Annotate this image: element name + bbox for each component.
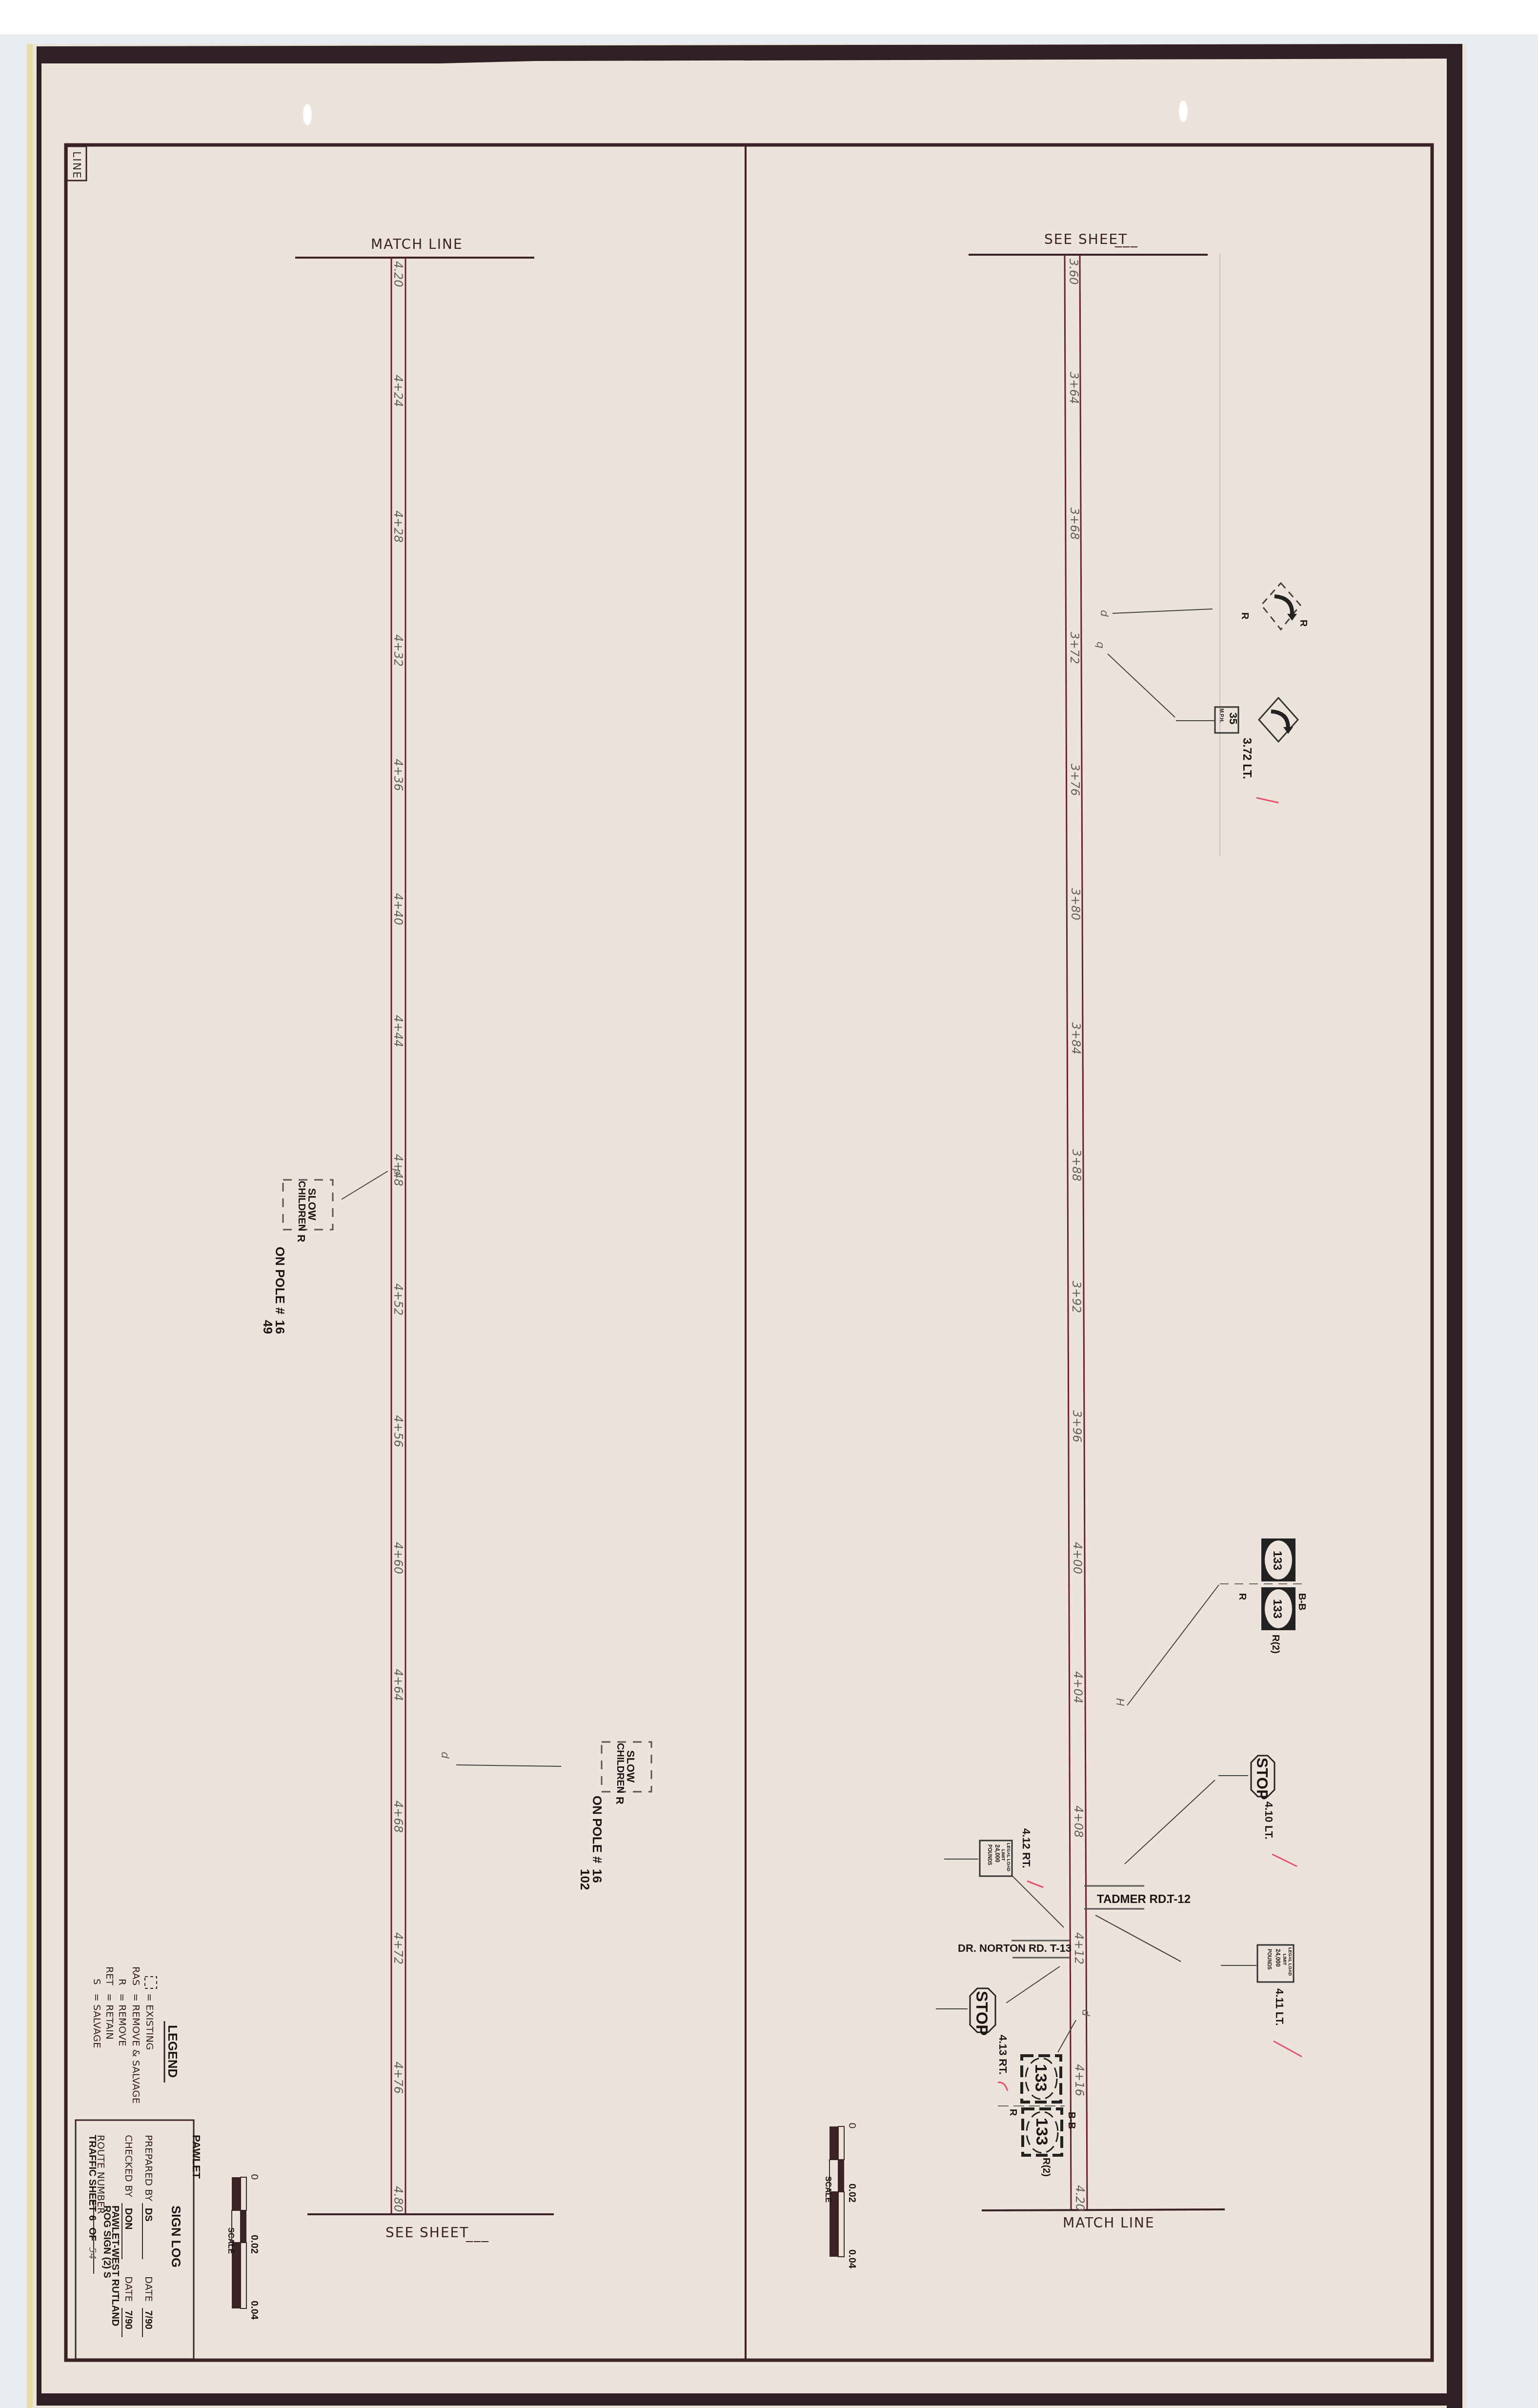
sign-legend: SLOW xyxy=(306,1188,318,1220)
sign-code: R xyxy=(1237,1593,1248,1600)
station-label: 3+96 xyxy=(1070,1410,1084,1442)
sign-code: R(2) xyxy=(1270,1635,1281,1654)
town-name: PAWLET xyxy=(190,2135,202,2179)
svg-text:d: d xyxy=(439,1752,451,1759)
station-label: 4+36 xyxy=(391,759,405,791)
sign-location: 4.13 RT. xyxy=(997,2035,1009,2075)
punch-hole xyxy=(303,104,312,125)
sign-log-sheet: LINE MATCH LINE SEE SHEET ___ 4.20 4+24 … xyxy=(0,0,1538,2408)
svg-text:p: p xyxy=(391,1168,404,1175)
station-label: 4+68 xyxy=(391,1801,405,1833)
traffic-sheet-number: 6 xyxy=(87,2215,98,2221)
right-scan-edge xyxy=(1447,44,1462,2408)
prepared-by-value: DS xyxy=(143,2208,154,2222)
pole-note: ON POLE # xyxy=(590,1796,605,1863)
stop-text: STOP xyxy=(972,1991,991,2036)
station-label: 4+40 xyxy=(391,893,405,925)
left-match-line-label: MATCH LINE xyxy=(371,236,463,252)
sign-code: R(2) xyxy=(1041,2158,1052,2177)
sign-legend: SLOW xyxy=(625,1750,637,1782)
road-name: DR. NORTON RD. xyxy=(958,1942,1047,1954)
corner-tab-label: LINE xyxy=(70,151,82,179)
bottom-scan-edge xyxy=(37,2393,1461,2406)
legend-item: = REMOVE & SALVAGE xyxy=(130,1993,142,2104)
sign-legend: CHILDREN xyxy=(296,1181,307,1231)
sign-code: R xyxy=(1239,612,1250,620)
station-label: 4+00 xyxy=(1071,1542,1084,1574)
load-line: POUNDS xyxy=(1266,1949,1272,1970)
left-see-sheet-blank: ___ xyxy=(465,2226,489,2242)
load-line: 24,000 xyxy=(994,1844,1001,1862)
route-number: 133 xyxy=(1032,2118,1051,2145)
legend-key: R xyxy=(117,1979,128,1985)
station-label: 3+84 xyxy=(1069,1022,1083,1054)
traffic-sheet-of: OF xyxy=(87,2227,98,2241)
station-label: 4+72 xyxy=(391,1932,405,1964)
legend-item: = RETAIN xyxy=(104,1993,116,2040)
pole-note: ON POLE # xyxy=(273,1247,287,1315)
scale-tick: 0 xyxy=(847,2123,858,2129)
station-label: 4+60 xyxy=(391,1542,405,1574)
traffic-sheet-label: TRAFFIC SHEET xyxy=(87,2135,98,2212)
speed-unit: M.P.H. xyxy=(1218,708,1224,723)
svg-text:H: H xyxy=(1113,1698,1126,1706)
prepared-date-label: DATE xyxy=(143,2276,155,2302)
checked-date-label: DATE xyxy=(123,2276,135,2302)
sign-location: 4.11 LT. xyxy=(1274,1988,1286,2026)
pole-number: 49 xyxy=(261,1320,275,1334)
station-label: 4+12 xyxy=(1072,1932,1086,1964)
punch-hole xyxy=(1179,101,1188,122)
load-line: LIMIT xyxy=(1001,1849,1006,1861)
sign-code: R xyxy=(614,1797,626,1804)
sign-code: R xyxy=(1008,2109,1018,2116)
right-match-line-label: MATCH LINE xyxy=(1063,2215,1155,2231)
pole-number: 102 xyxy=(578,1869,592,1890)
legend-key: RET xyxy=(104,1966,116,1986)
sheet-title: SIGN LOG xyxy=(169,2206,183,2267)
scale-title: SCALE xyxy=(226,2227,235,2254)
route-number: 133 xyxy=(1271,1599,1284,1619)
station-label: 3+80 xyxy=(1069,888,1082,920)
station-label: 4.20 xyxy=(391,261,405,287)
legend-item: = SALVAGE xyxy=(91,1993,103,2048)
load-line: LEGAL LOAD xyxy=(1006,1843,1011,1872)
road-id: T-13 xyxy=(1050,1942,1072,1954)
station-label: 4+04 xyxy=(1071,1671,1085,1703)
station-label: 3+68 xyxy=(1068,507,1081,540)
load-line: LIMIT xyxy=(1282,1954,1287,1965)
station-label: 3+88 xyxy=(1070,1149,1083,1181)
right-see-sheet-blank: ___ xyxy=(1114,231,1138,247)
scale-tick: 0 xyxy=(249,2174,261,2180)
station-label: 4+08 xyxy=(1072,1805,1085,1838)
station-label: 4+56 xyxy=(391,1415,405,1447)
svg-text:d: d xyxy=(1079,2009,1092,2017)
station-label: 4+76 xyxy=(391,2062,405,2094)
station-label: 4+52 xyxy=(391,1283,405,1315)
prepared-date-value: 7/90 xyxy=(143,2310,154,2329)
route-number: 133 xyxy=(1271,1551,1284,1570)
route-line-2: ROG SIGN (2) S xyxy=(101,2206,112,2278)
scale-tick: 0.04 xyxy=(847,2249,857,2269)
svg-text:d: d xyxy=(1098,610,1110,617)
legend-key: RAS xyxy=(130,1966,142,1985)
station-label: 4.20 xyxy=(1073,2185,1087,2211)
route-number: 133 xyxy=(1032,2064,1050,2092)
road-name: TADMER RD. xyxy=(1097,1893,1170,1906)
load-line: LEGAL LOAD xyxy=(1288,1947,1293,1976)
station-label: 3+76 xyxy=(1068,764,1082,796)
station-label: 4+24 xyxy=(391,375,405,407)
stop-text: STOP xyxy=(1254,1758,1271,1800)
sign-code: B-B xyxy=(1296,1593,1307,1611)
checked-by-label: CHECKED BY xyxy=(123,2135,135,2198)
scale-tick: 0.02 xyxy=(249,2235,260,2254)
station-label: 3+92 xyxy=(1070,1281,1083,1313)
checked-by-value: DON xyxy=(123,2208,134,2229)
legend-item: = EXISTING xyxy=(144,1993,156,2050)
station-label: 4+16 xyxy=(1073,2064,1086,2096)
sign-location: 4.12 RT. xyxy=(1020,1828,1032,1868)
legend-item: = REMOVE xyxy=(117,1993,128,2046)
scale-title: SCALE xyxy=(824,2176,832,2203)
road-id: T-12 xyxy=(1167,1893,1191,1906)
load-line: POUNDS xyxy=(987,1844,992,1865)
scale-tick: 0.02 xyxy=(847,2184,857,2203)
sign-location: 3.72 LT. xyxy=(1240,738,1254,779)
station-label: 3+64 xyxy=(1067,372,1081,404)
legend-title: LEGEND xyxy=(165,2025,180,2078)
sign-legend: CHILDREN xyxy=(615,1743,626,1793)
prepared-by-label: PREPARED BY xyxy=(143,2135,155,2202)
svg-text:q: q xyxy=(1094,642,1106,648)
sign-location: 4.10 LT. xyxy=(1263,1801,1275,1840)
station-label: 3.60 xyxy=(1067,259,1080,284)
station-label: 4+64 xyxy=(391,1669,405,1701)
sign-code: B-B xyxy=(1066,2112,1077,2129)
station-label: 3+72 xyxy=(1068,632,1081,664)
sign-code: R xyxy=(1298,620,1309,627)
station-label: 4+32 xyxy=(391,634,405,667)
left-see-sheet-label: SEE SHEET xyxy=(385,2225,469,2241)
station-label: 4+44 xyxy=(391,1015,405,1047)
traffic-sheet-total: 54 xyxy=(87,2247,99,2259)
checked-date-value: 7/90 xyxy=(123,2310,134,2329)
station-label: 4.80 xyxy=(391,2186,405,2212)
scale-tick: 0.04 xyxy=(249,2301,260,2320)
station-label: 4+28 xyxy=(391,510,405,543)
sign-code: R xyxy=(295,1234,307,1242)
speed-value: 35 xyxy=(1227,712,1239,724)
legend-key: S xyxy=(91,1979,103,1985)
load-line: 24,000 xyxy=(1275,1949,1281,1967)
